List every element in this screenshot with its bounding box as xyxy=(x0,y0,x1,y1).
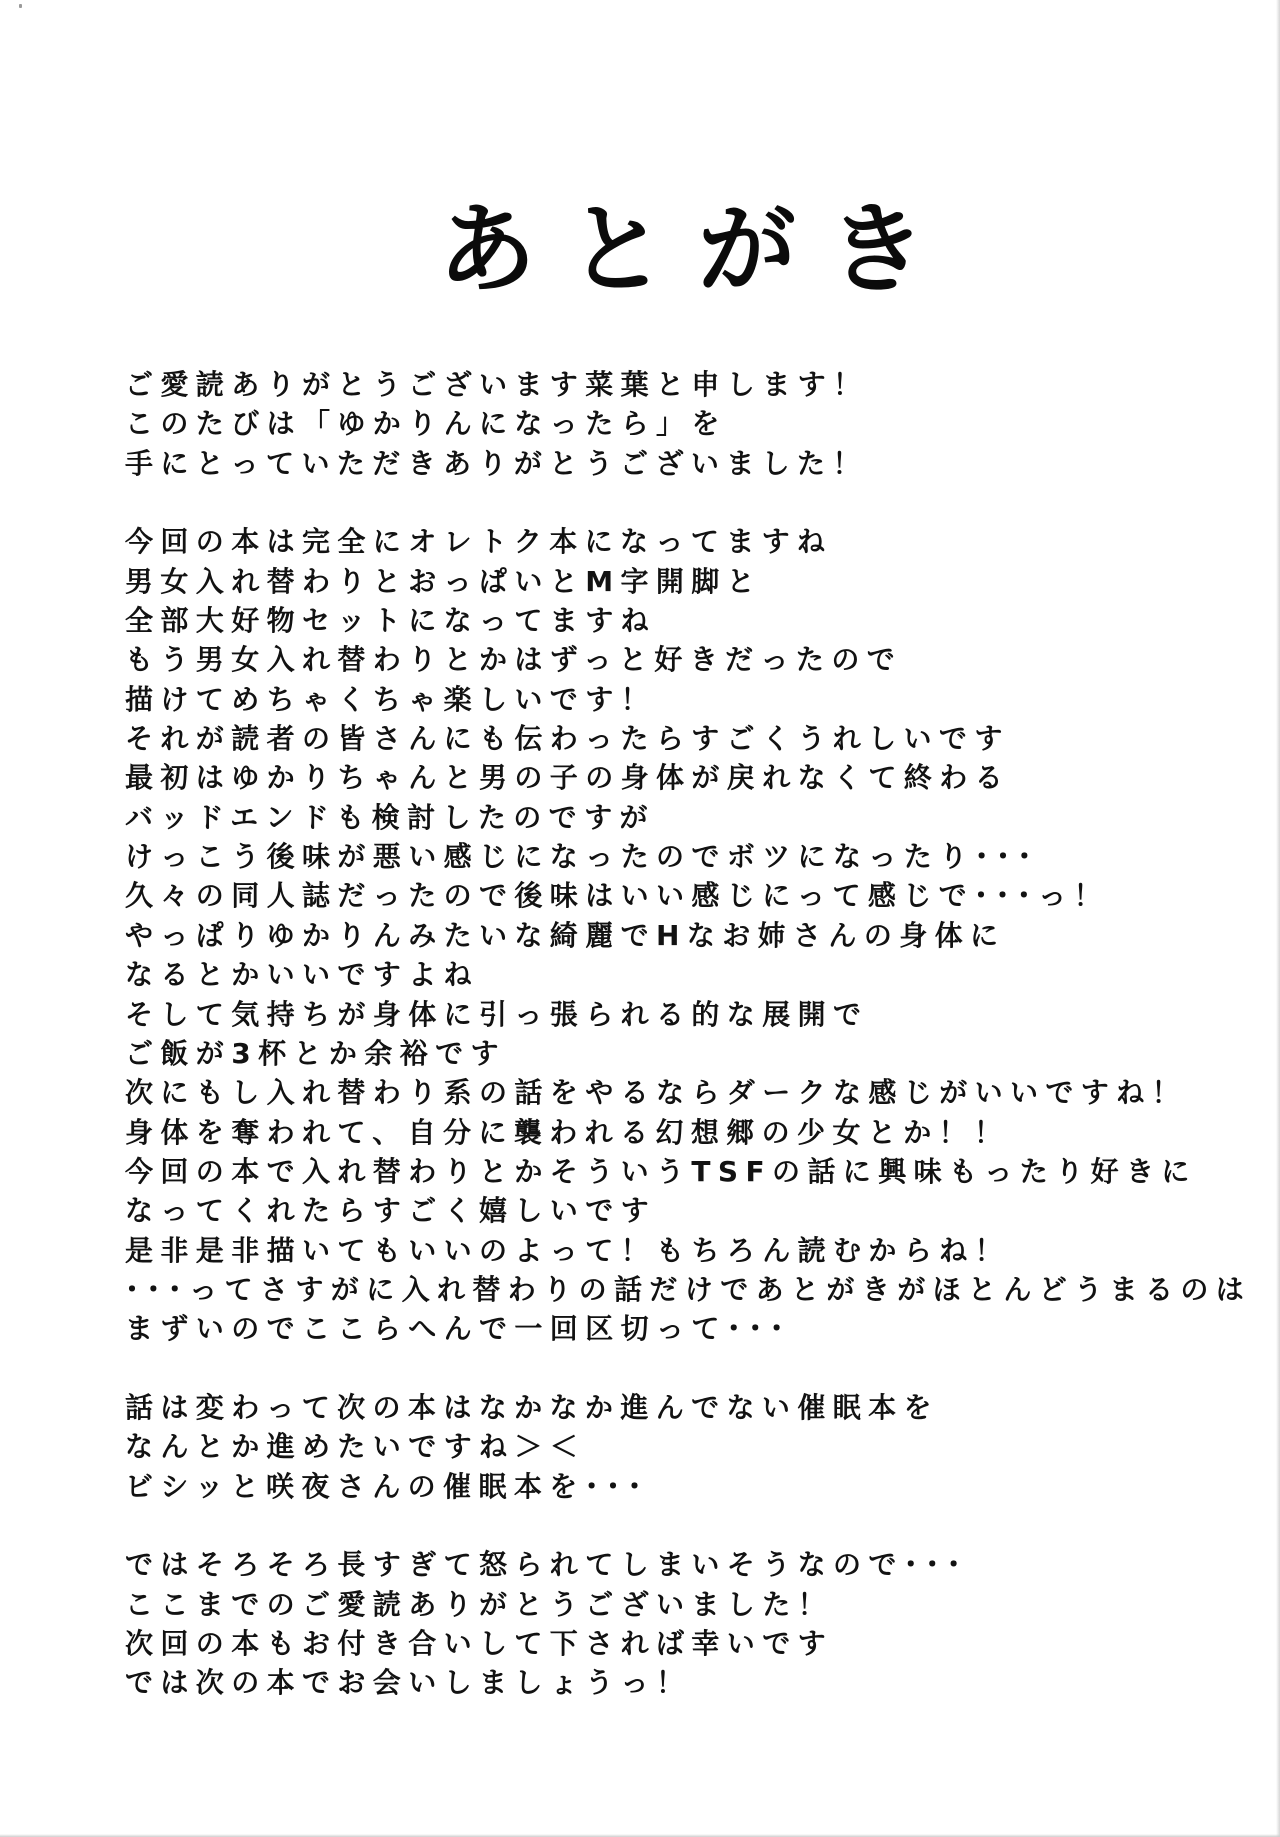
text-line: 全部大好物セットになってますね xyxy=(125,601,1265,640)
text-line: なんとか進めたいですね＞＜ xyxy=(125,1427,1265,1466)
text-line: 話は変わって次の本はなかなか進んでない催眠本を xyxy=(125,1388,1265,1427)
text-line: 男女入れ替わりとおっぱいとM字開脚と xyxy=(125,562,1265,601)
text-line: 今回の本で入れ替わりとかそういうTSFの話に興味もったり好きに xyxy=(125,1152,1265,1191)
text-line: 手にとっていただきありがとうございました！ xyxy=(125,444,1265,483)
text-line: ではそろそろ長すぎて怒られてしまいそうなので･･･ xyxy=(125,1545,1265,1584)
afterword-body: ご愛読ありがとうございます菜葉と申します！ このたびは「ゆかりんになったら」を … xyxy=(125,365,1265,1742)
text-line: なるとかいいですよね xyxy=(125,955,1265,994)
text-line: やっぱりゆかりんみたいな綺麗でHなお姉さんの身体に xyxy=(125,916,1265,955)
text-line: ･･･ってさすがに入れ替わりの話だけであとがきがほとんどうまるのは xyxy=(125,1270,1265,1309)
text-line: バッドエンドも検討したのですが xyxy=(125,798,1265,837)
page-title: あとがき xyxy=(438,190,958,310)
paragraph-next-book: 話は変わって次の本はなかなか進んでない催眠本を なんとか進めたいですね＞＜ ビシ… xyxy=(125,1388,1265,1506)
afterword-page: あとがき ご愛読ありがとうございます菜葉と申します！ このたびは「ゆかりんになっ… xyxy=(0,0,1280,1837)
text-line: では次の本でお会いしましょうっ！ xyxy=(125,1663,1265,1702)
text-line: ご飯が3杯とか余裕です xyxy=(125,1034,1265,1073)
text-line: けっこう後味が悪い感じになったのでボツになったり･･･ xyxy=(125,837,1265,876)
text-line: 今回の本は完全にオレトク本になってますね xyxy=(125,522,1265,561)
paragraph-closing: ではそろそろ長すぎて怒られてしまいそうなので･･･ ここまでのご愛読ありがとうご… xyxy=(125,1545,1265,1702)
paragraph-about-book: 今回の本は完全にオレトク本になってますね 男女入れ替わりとおっぱいとM字開脚と … xyxy=(125,522,1265,1348)
text-line: もう男女入れ替わりとかはずっと好きだったので xyxy=(125,640,1265,679)
text-line: 描けてめちゃくちゃ楽しいです！ xyxy=(125,680,1265,719)
text-line: ここまでのご愛読ありがとうございました！ xyxy=(125,1585,1265,1624)
text-line: そして気持ちが身体に引っ張られる的な展開で xyxy=(125,995,1265,1034)
paragraph-greeting: ご愛読ありがとうございます菜葉と申します！ このたびは「ゆかりんになったら」を … xyxy=(125,365,1265,483)
text-line: 身体を奪われて、自分に襲われる幻想郷の少女とか！！ xyxy=(125,1113,1265,1152)
text-line: 久々の同人誌だったので後味はいい感じにって感じで･･･っ！ xyxy=(125,876,1265,915)
text-line: なってくれたらすごく嬉しいです xyxy=(125,1191,1265,1230)
page-edge-right xyxy=(1276,0,1280,1837)
text-line: 最初はゆかりちゃんと男の子の身体が戻れなくて終わる xyxy=(125,758,1265,797)
text-line: 次回の本もお付き合いして下されば幸いです xyxy=(125,1624,1265,1663)
text-line: 次にもし入れ替わり系の話をやるならダークな感じがいいですね！ xyxy=(125,1073,1265,1112)
text-line: それが読者の皆さんにも伝わったらすごくうれしいです xyxy=(125,719,1265,758)
text-line: まずいのでここらへんで一回区切って･･･ xyxy=(125,1309,1265,1348)
scan-speck xyxy=(19,4,22,8)
text-line: 是非是非描いてもいいのよって！もちろん読むからね！ xyxy=(125,1231,1265,1270)
text-line: ご愛読ありがとうございます菜葉と申します！ xyxy=(125,365,1265,404)
text-line: ビシッと咲夜さんの催眠本を･･･ xyxy=(125,1467,1265,1506)
text-line: このたびは「ゆかりんになったら」を xyxy=(125,404,1265,443)
